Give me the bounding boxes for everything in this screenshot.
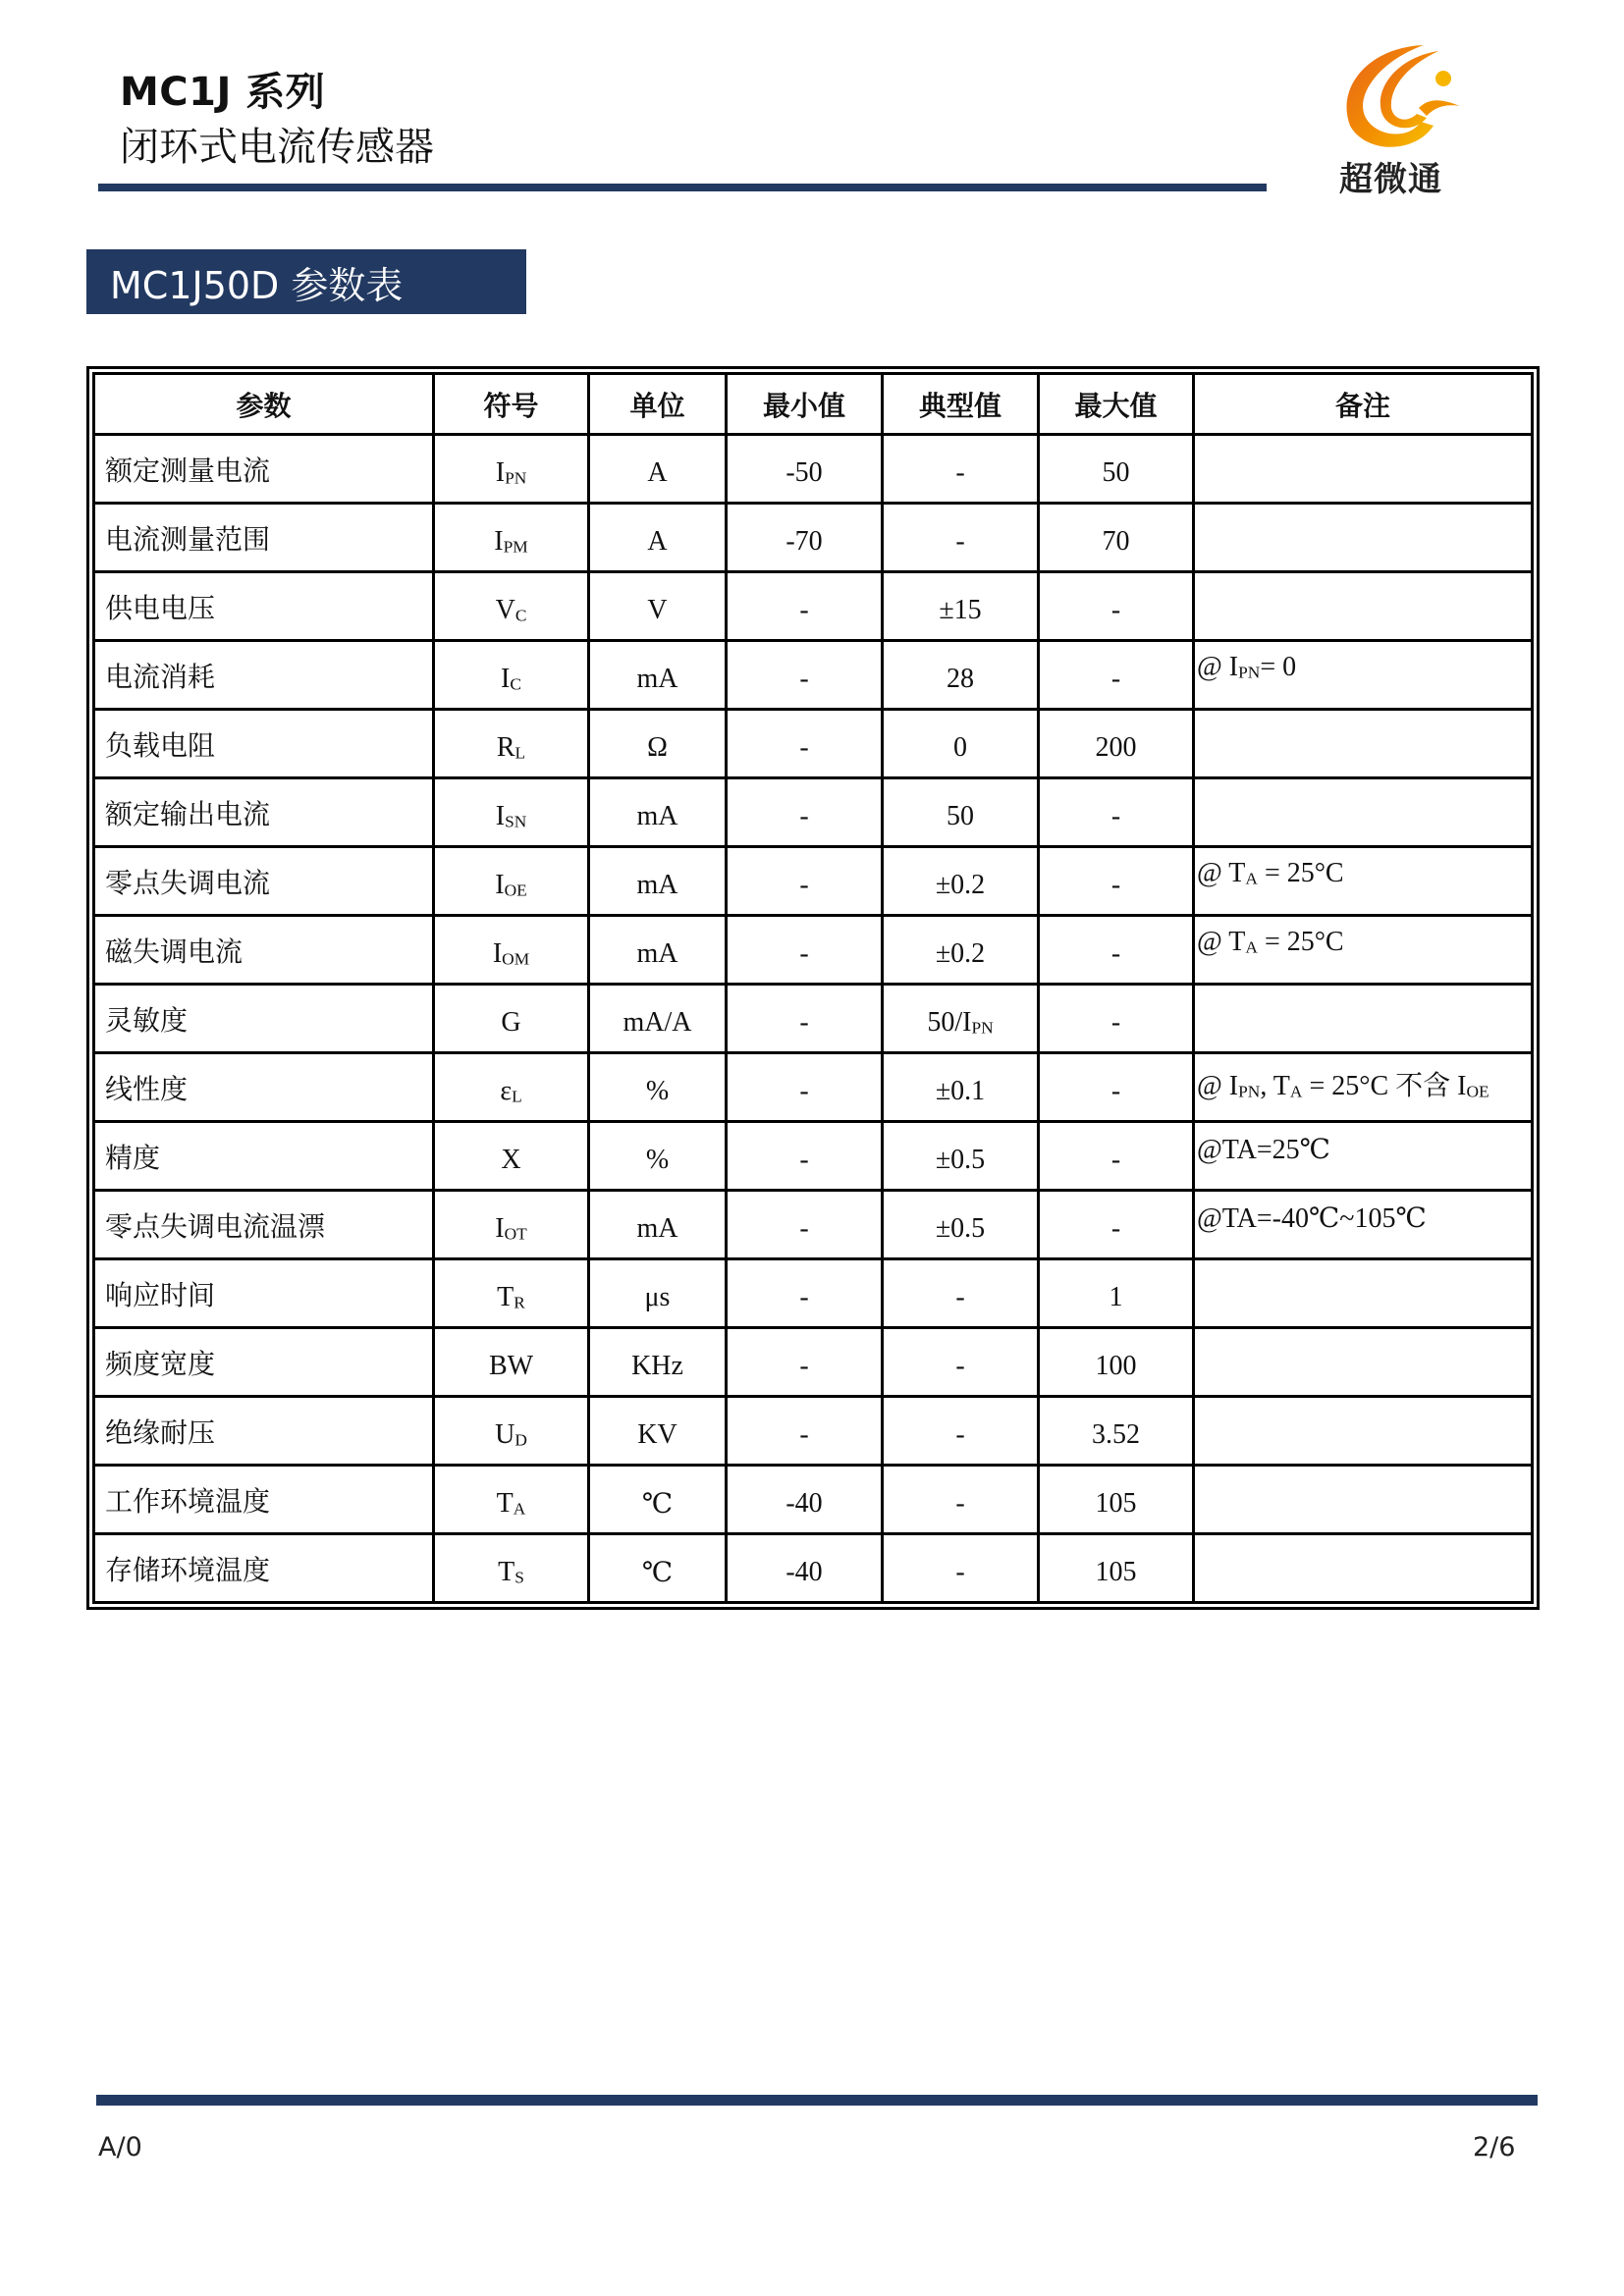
unit-cell: ℃ [589, 1534, 727, 1603]
typ-cell: - [883, 435, 1039, 504]
symbol-cell: IPM [434, 504, 589, 572]
table-row: 零点失调电流IOEmA-±0.2-@ TA = 25°C [94, 847, 1533, 916]
param-cell: 电流消耗 [94, 641, 434, 710]
symbol-cell: RL [434, 710, 589, 778]
symbol-subscript: D [514, 1430, 527, 1449]
symbol-subscript: OM [502, 949, 529, 968]
param-cell: 供电电压 [94, 572, 434, 641]
note-cell [1194, 1534, 1533, 1603]
unit-cell: A [589, 504, 727, 572]
symbol-subscript: S [514, 1568, 524, 1586]
typ-cell: - [883, 1397, 1039, 1466]
symbol-subscript: A [514, 1499, 526, 1518]
note-cell: @TA=-40℃~105℃ [1194, 1191, 1533, 1259]
symbol-cell: εL [434, 1053, 589, 1122]
symbol-subscript: C [510, 674, 521, 693]
unit-cell: % [589, 1122, 727, 1191]
symbol-subscript: L [515, 743, 526, 762]
symbol-subscript: OE [505, 881, 527, 899]
max-cell: 70 [1039, 504, 1194, 572]
unit-cell: mA [589, 916, 727, 985]
typ-subscript: PN [971, 1018, 993, 1037]
unit-cell: % [589, 1053, 727, 1122]
note-cell [1194, 435, 1533, 504]
table-row: 电流测量范围IPMA-70-70 [94, 504, 1533, 572]
footer-rule [96, 2095, 1538, 2106]
max-cell: - [1039, 847, 1194, 916]
max-cell: - [1039, 572, 1194, 641]
min-cell: - [727, 778, 883, 847]
table-row: 灵敏度GmA/A-50/IPN- [94, 985, 1533, 1053]
note-cell [1194, 1328, 1533, 1397]
max-cell: 200 [1039, 710, 1194, 778]
param-cell: 灵敏度 [94, 985, 434, 1053]
param-cell: 响应时间 [94, 1259, 434, 1328]
typ-cell: 0 [883, 710, 1039, 778]
logo-wordmark: 超微通 [1339, 152, 1442, 200]
table-row: 响应时间TRμs--1 [94, 1259, 1533, 1328]
param-cell: 零点失调电流 [94, 847, 434, 916]
symbol-cell: G [434, 985, 589, 1053]
typ-cell: ±0.5 [883, 1191, 1039, 1259]
max-cell: - [1039, 1053, 1194, 1122]
note-cell [1194, 504, 1533, 572]
note-cell: @ IPN, TA = 25°C 不含 IOE [1194, 1053, 1533, 1122]
max-cell: - [1039, 985, 1194, 1053]
table-row: 额定测量电流IPNA-50-50 [94, 435, 1533, 504]
max-cell: - [1039, 1122, 1194, 1191]
min-cell: - [727, 847, 883, 916]
min-cell: - [727, 985, 883, 1053]
symbol-cell: TS [434, 1534, 589, 1603]
typ-cell: - [883, 1534, 1039, 1603]
symbol-cell: TA [434, 1466, 589, 1534]
note-cell [1194, 1397, 1533, 1466]
param-cell: 额定输出电流 [94, 778, 434, 847]
symbol-base: T [497, 1488, 514, 1519]
symbol-base: G [501, 1007, 520, 1038]
symbol-base: I [495, 870, 504, 900]
note-cell [1194, 1259, 1533, 1328]
typ-cell: 50/IPN [883, 985, 1039, 1053]
symbol-cell: IOM [434, 916, 589, 985]
table-row: 存储环境温度TS℃-40-105 [94, 1534, 1533, 1603]
symbol-subscript: SN [505, 812, 526, 830]
typ-cell: - [883, 1466, 1039, 1534]
symbol-base: R [497, 732, 515, 763]
series-title: MC1J 系列 [120, 61, 325, 117]
min-cell: - [727, 1191, 883, 1259]
symbol-base: I [494, 526, 503, 557]
min-cell: - [727, 710, 883, 778]
note-text: @ I [1197, 652, 1238, 682]
table-row: 额定输出电流ISNmA-50- [94, 778, 1533, 847]
symbol-base: V [496, 595, 515, 625]
table-row: 线性度εL%-±0.1-@ IPN, TA = 25°C 不含 IOE [94, 1053, 1533, 1122]
symbol-base: ε [500, 1076, 512, 1106]
table-row: 工作环境温度TA℃-40-105 [94, 1466, 1533, 1534]
note-text: = 25°C [1258, 927, 1344, 957]
param-cell: 额定测量电流 [94, 435, 434, 504]
table-row: 电流消耗ICmA-28-@ IPN= 0 [94, 641, 1533, 710]
symbol-subscript: PN [505, 468, 526, 487]
param-cell: 零点失调电流温漂 [94, 1191, 434, 1259]
col-header-param: 参数 [94, 374, 434, 435]
param-cell: 电流测量范围 [94, 504, 434, 572]
col-header-note: 备注 [1194, 374, 1533, 435]
min-cell: - [727, 641, 883, 710]
table-row: 负载电阻RLΩ-0200 [94, 710, 1533, 778]
table-row: 零点失调电流温漂IOTmA-±0.5-@TA=-40℃~105℃ [94, 1191, 1533, 1259]
symbol-base: I [493, 938, 502, 969]
note-subscript: A [1245, 938, 1258, 957]
note-cell: @TA=25℃ [1194, 1122, 1533, 1191]
param-cell: 线性度 [94, 1053, 434, 1122]
typ-cell: ±0.1 [883, 1053, 1039, 1122]
param-cell: 磁失调电流 [94, 916, 434, 985]
unit-cell: mA [589, 778, 727, 847]
unit-cell: V [589, 572, 727, 641]
note-cell [1194, 710, 1533, 778]
symbol-subscript: L [512, 1087, 522, 1105]
section-banner: MC1J50D 参数表 [86, 249, 526, 314]
col-header-min: 最小值 [727, 374, 883, 435]
table-row: 绝缘耐压UDKV--3.52 [94, 1397, 1533, 1466]
note-subscript: PN [1238, 664, 1260, 682]
min-cell: - [727, 572, 883, 641]
max-cell: - [1039, 916, 1194, 985]
typ-cell: ±0.5 [883, 1122, 1039, 1191]
symbol-subscript: C [515, 606, 527, 624]
max-cell: - [1039, 1191, 1194, 1259]
typ-cell: ±0.2 [883, 847, 1039, 916]
note-cell [1194, 572, 1533, 641]
note-cell: @ TA = 25°C [1194, 847, 1533, 916]
note-text: = 25°C [1258, 858, 1344, 888]
swirl-g-logo-icon [1330, 37, 1468, 155]
symbol-cell: ISN [434, 778, 589, 847]
min-cell: - [727, 1053, 883, 1122]
symbol-cell: BW [434, 1328, 589, 1397]
min-cell: - [727, 1259, 883, 1328]
note-subscript: A [1290, 1083, 1303, 1101]
table-row: 供电电压VCV-±15- [94, 572, 1533, 641]
max-cell: 1 [1039, 1259, 1194, 1328]
note-cell: @ IPN= 0 [1194, 641, 1533, 710]
unit-cell: ℃ [589, 1466, 727, 1534]
note-text: = 0 [1260, 652, 1296, 682]
min-cell: - [727, 1328, 883, 1397]
unit-cell: A [589, 435, 727, 504]
symbol-cell: TR [434, 1259, 589, 1328]
max-cell: 50 [1039, 435, 1194, 504]
min-cell: -40 [727, 1466, 883, 1534]
min-cell: - [727, 1397, 883, 1466]
symbol-cell: UD [434, 1397, 589, 1466]
symbol-subscript: OT [505, 1224, 527, 1243]
note-text: = 25°C 不含 I [1302, 1071, 1466, 1101]
note-cell [1194, 1466, 1533, 1534]
unit-cell: mA [589, 641, 727, 710]
unit-cell: mA [589, 847, 727, 916]
revision-label: A/0 [98, 2132, 142, 2163]
table-row: 频度宽度BWKHz--100 [94, 1328, 1533, 1397]
min-cell: - [727, 1122, 883, 1191]
symbol-subscript: PM [504, 537, 528, 556]
max-cell: 105 [1039, 1466, 1194, 1534]
note-subscript: A [1245, 870, 1258, 888]
min-cell: -70 [727, 504, 883, 572]
note-text: @ T [1197, 927, 1245, 957]
symbol-base: U [495, 1419, 514, 1450]
typ-cell: - [883, 504, 1039, 572]
typ-cell: - [883, 1328, 1039, 1397]
symbol-base: I [495, 1213, 504, 1244]
symbol-base: I [501, 664, 510, 694]
max-cell: 100 [1039, 1328, 1194, 1397]
col-header-typ: 典型值 [883, 374, 1039, 435]
col-header-symbol: 符号 [434, 374, 589, 435]
product-type-title: 闭环式电流传感器 [120, 116, 434, 172]
symbol-cell: VC [434, 572, 589, 641]
unit-cell: KHz [589, 1328, 727, 1397]
symbol-base: X [501, 1145, 520, 1175]
unit-cell: μs [589, 1259, 727, 1328]
typ-cell: ±0.2 [883, 916, 1039, 985]
typ-value: 50/I [927, 1007, 971, 1038]
symbol-base: I [496, 457, 505, 488]
min-cell: -50 [727, 435, 883, 504]
unit-cell: Ω [589, 710, 727, 778]
param-cell: 精度 [94, 1122, 434, 1191]
typ-cell: - [883, 1259, 1039, 1328]
param-cell: 工作环境温度 [94, 1466, 434, 1534]
symbol-base: T [498, 1557, 514, 1587]
col-header-unit: 单位 [589, 374, 727, 435]
symbol-base: I [496, 801, 505, 831]
parameter-table: 参数 符号 单位 最小值 典型值 最大值 备注 额定测量电流IPNA-50-50… [86, 366, 1540, 1610]
symbol-cell: IOE [434, 847, 589, 916]
note-text: , T [1260, 1071, 1290, 1101]
symbol-cell: IC [434, 641, 589, 710]
table-row: 磁失调电流IOMmA-±0.2-@ TA = 25°C [94, 916, 1533, 985]
min-cell: - [727, 916, 883, 985]
symbol-subscript: R [514, 1293, 525, 1311]
max-cell: 105 [1039, 1534, 1194, 1603]
note-cell [1194, 985, 1533, 1053]
table-row: 精度X%-±0.5-@TA=25℃ [94, 1122, 1533, 1191]
symbol-base: BW [489, 1351, 533, 1381]
max-cell: - [1039, 778, 1194, 847]
typ-cell: 50 [883, 778, 1039, 847]
col-header-max: 最大值 [1039, 374, 1194, 435]
min-cell: -40 [727, 1534, 883, 1603]
typ-cell: ±15 [883, 572, 1039, 641]
page-number: 2/6 [1473, 2132, 1515, 2163]
unit-cell: mA [589, 1191, 727, 1259]
unit-cell: KV [589, 1397, 727, 1466]
note-text: @ I [1197, 1071, 1238, 1101]
param-cell: 绝缘耐压 [94, 1397, 434, 1466]
param-cell: 存储环境温度 [94, 1534, 434, 1603]
param-cell: 频度宽度 [94, 1328, 434, 1397]
note-subscript: PN [1238, 1083, 1260, 1101]
table-header-row: 参数 符号 单位 最小值 典型值 最大值 备注 [94, 374, 1533, 435]
symbol-cell: X [434, 1122, 589, 1191]
note-cell: @ TA = 25°C [1194, 916, 1533, 985]
note-cell [1194, 778, 1533, 847]
symbol-cell: IOT [434, 1191, 589, 1259]
param-cell: 负载电阻 [94, 710, 434, 778]
symbol-cell: IPN [434, 435, 589, 504]
note-text: @ T [1197, 858, 1245, 888]
max-cell: 3.52 [1039, 1397, 1194, 1466]
note-subscript: OE [1466, 1083, 1489, 1101]
typ-cell: 28 [883, 641, 1039, 710]
section-title: MC1J50D 参数表 [110, 255, 403, 309]
header-rule [98, 184, 1267, 191]
symbol-base: T [497, 1282, 514, 1312]
max-cell: - [1039, 641, 1194, 710]
unit-cell: mA/A [589, 985, 727, 1053]
